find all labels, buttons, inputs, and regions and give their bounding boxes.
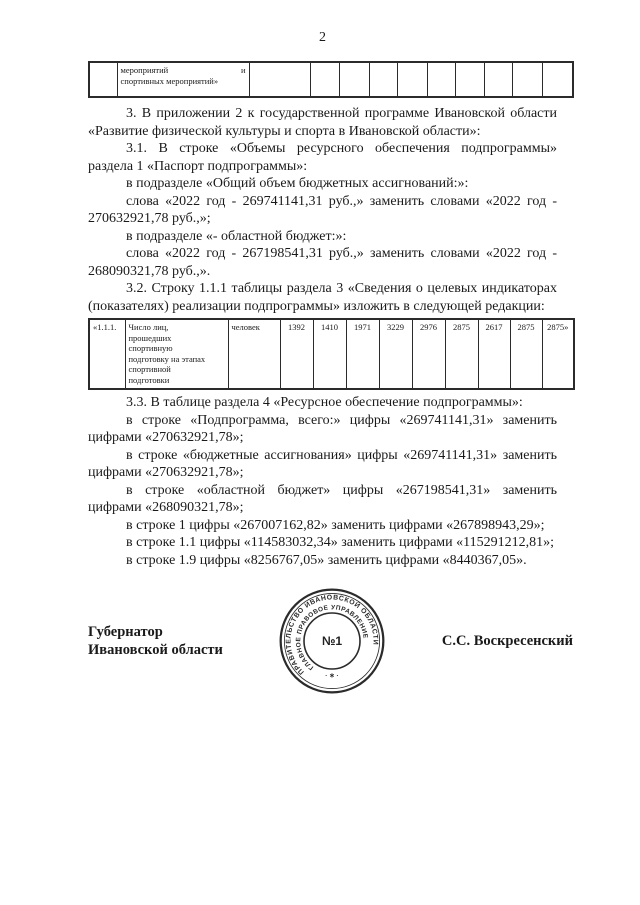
empty-cell	[455, 62, 484, 97]
paragraph: в подразделе «Общий объем бюджетных асси…	[88, 175, 557, 193]
empty-cell	[369, 62, 397, 97]
unit-cell: человек	[228, 319, 280, 389]
paragraph: в строке «Подпрограмма, всего:» цифры «2…	[88, 412, 557, 447]
paragraph: 3.2. Строку 1.1.1 таблицы раздела 3 «Све…	[88, 280, 557, 315]
empty-cell	[339, 62, 369, 97]
indicator-row-table: «1.1.1. Число лиц, прошедших спортивную …	[88, 318, 575, 390]
paragraph: в строке 1.1 цифры «114583032,34» замени…	[88, 534, 557, 552]
page-number: 2	[88, 0, 557, 45]
governor-title: Губернатор Ивановской области	[88, 623, 223, 659]
document-page: 2 мероприятий и спортивных мероприятий»	[0, 0, 640, 905]
paragraph: 3.1. В строке «Объемы ресурсного обеспеч…	[88, 140, 557, 175]
indicator-name-cell: Число лиц, прошедших спортивную подготов…	[125, 319, 228, 389]
paragraph: 3.3. В таблице раздела 4 «Ресурсное обес…	[88, 394, 557, 412]
governor-title-line2: Ивановской области	[88, 641, 223, 659]
paragraph: в строке 1 цифры «267007162,82» заменить…	[88, 517, 557, 535]
empty-cell	[397, 62, 427, 97]
paragraph: в подразделе «- областной бюджет:»:	[88, 228, 557, 246]
governor-title-line1: Губернатор	[88, 623, 223, 641]
value-cell: 2617	[478, 319, 510, 389]
value-cell: 3229	[379, 319, 412, 389]
table-row: мероприятий и спортивных мероприятий»	[89, 62, 573, 97]
continuation-table: мероприятий и спортивных мероприятий»	[88, 61, 574, 98]
signature-block: Губернатор Ивановской области ПРАВИТЕЛЬС…	[88, 585, 573, 697]
value-cell: 1410	[313, 319, 346, 389]
stamp-center-number: №1	[322, 634, 343, 648]
paragraph: в строке «бюджетные ассигнования» цифры …	[88, 447, 557, 482]
value-cell: 1392	[280, 319, 313, 389]
table-row: «1.1.1. Число лиц, прошедших спортивную …	[89, 319, 574, 389]
row-number-cell: «1.1.1.	[89, 319, 125, 389]
value-cell: 2875	[510, 319, 542, 389]
value-cell: 1971	[346, 319, 379, 389]
paragraph: в строке «областной бюджет» цифры «26719…	[88, 482, 557, 517]
empty-cell	[89, 62, 117, 97]
paragraph: слова «2022 год - 267198541,31 руб.,» за…	[88, 245, 557, 280]
value-cell: 2976	[412, 319, 445, 389]
value-cell: 2875	[445, 319, 478, 389]
stamp-bottom-mark: · ∗ ·	[326, 672, 339, 679]
paragraph: 3. В приложении 2 к государственной прог…	[88, 105, 557, 140]
governor-name: С.С. Воскресенский	[442, 633, 573, 650]
paragraph: в строке 1.9 цифры «8256767,05» заменить…	[88, 552, 557, 570]
empty-cell	[542, 62, 573, 97]
paragraph: слова «2022 год - 269741141,31 руб.,» за…	[88, 193, 557, 228]
stamp-icon: ПРАВИТЕЛЬСТВО ИВАНОВСКОЙ ОБЛАСТИ ГЛАВНОЕ…	[276, 585, 388, 697]
value-cell: 2875»	[542, 319, 574, 389]
empty-cell	[249, 62, 310, 97]
cell-text: и	[241, 65, 246, 76]
empty-cell	[427, 62, 455, 97]
indicator-name-cell: мероприятий и спортивных мероприятий»	[117, 62, 249, 97]
empty-cell	[512, 62, 542, 97]
cell-text: мероприятий	[121, 65, 169, 76]
official-stamp: ПРАВИТЕЛЬСТВО ИВАНОВСКОЙ ОБЛАСТИ ГЛАВНОЕ…	[276, 585, 388, 697]
cell-text: спортивных мероприятий»	[121, 76, 246, 87]
empty-cell	[484, 62, 512, 97]
empty-cell	[310, 62, 339, 97]
